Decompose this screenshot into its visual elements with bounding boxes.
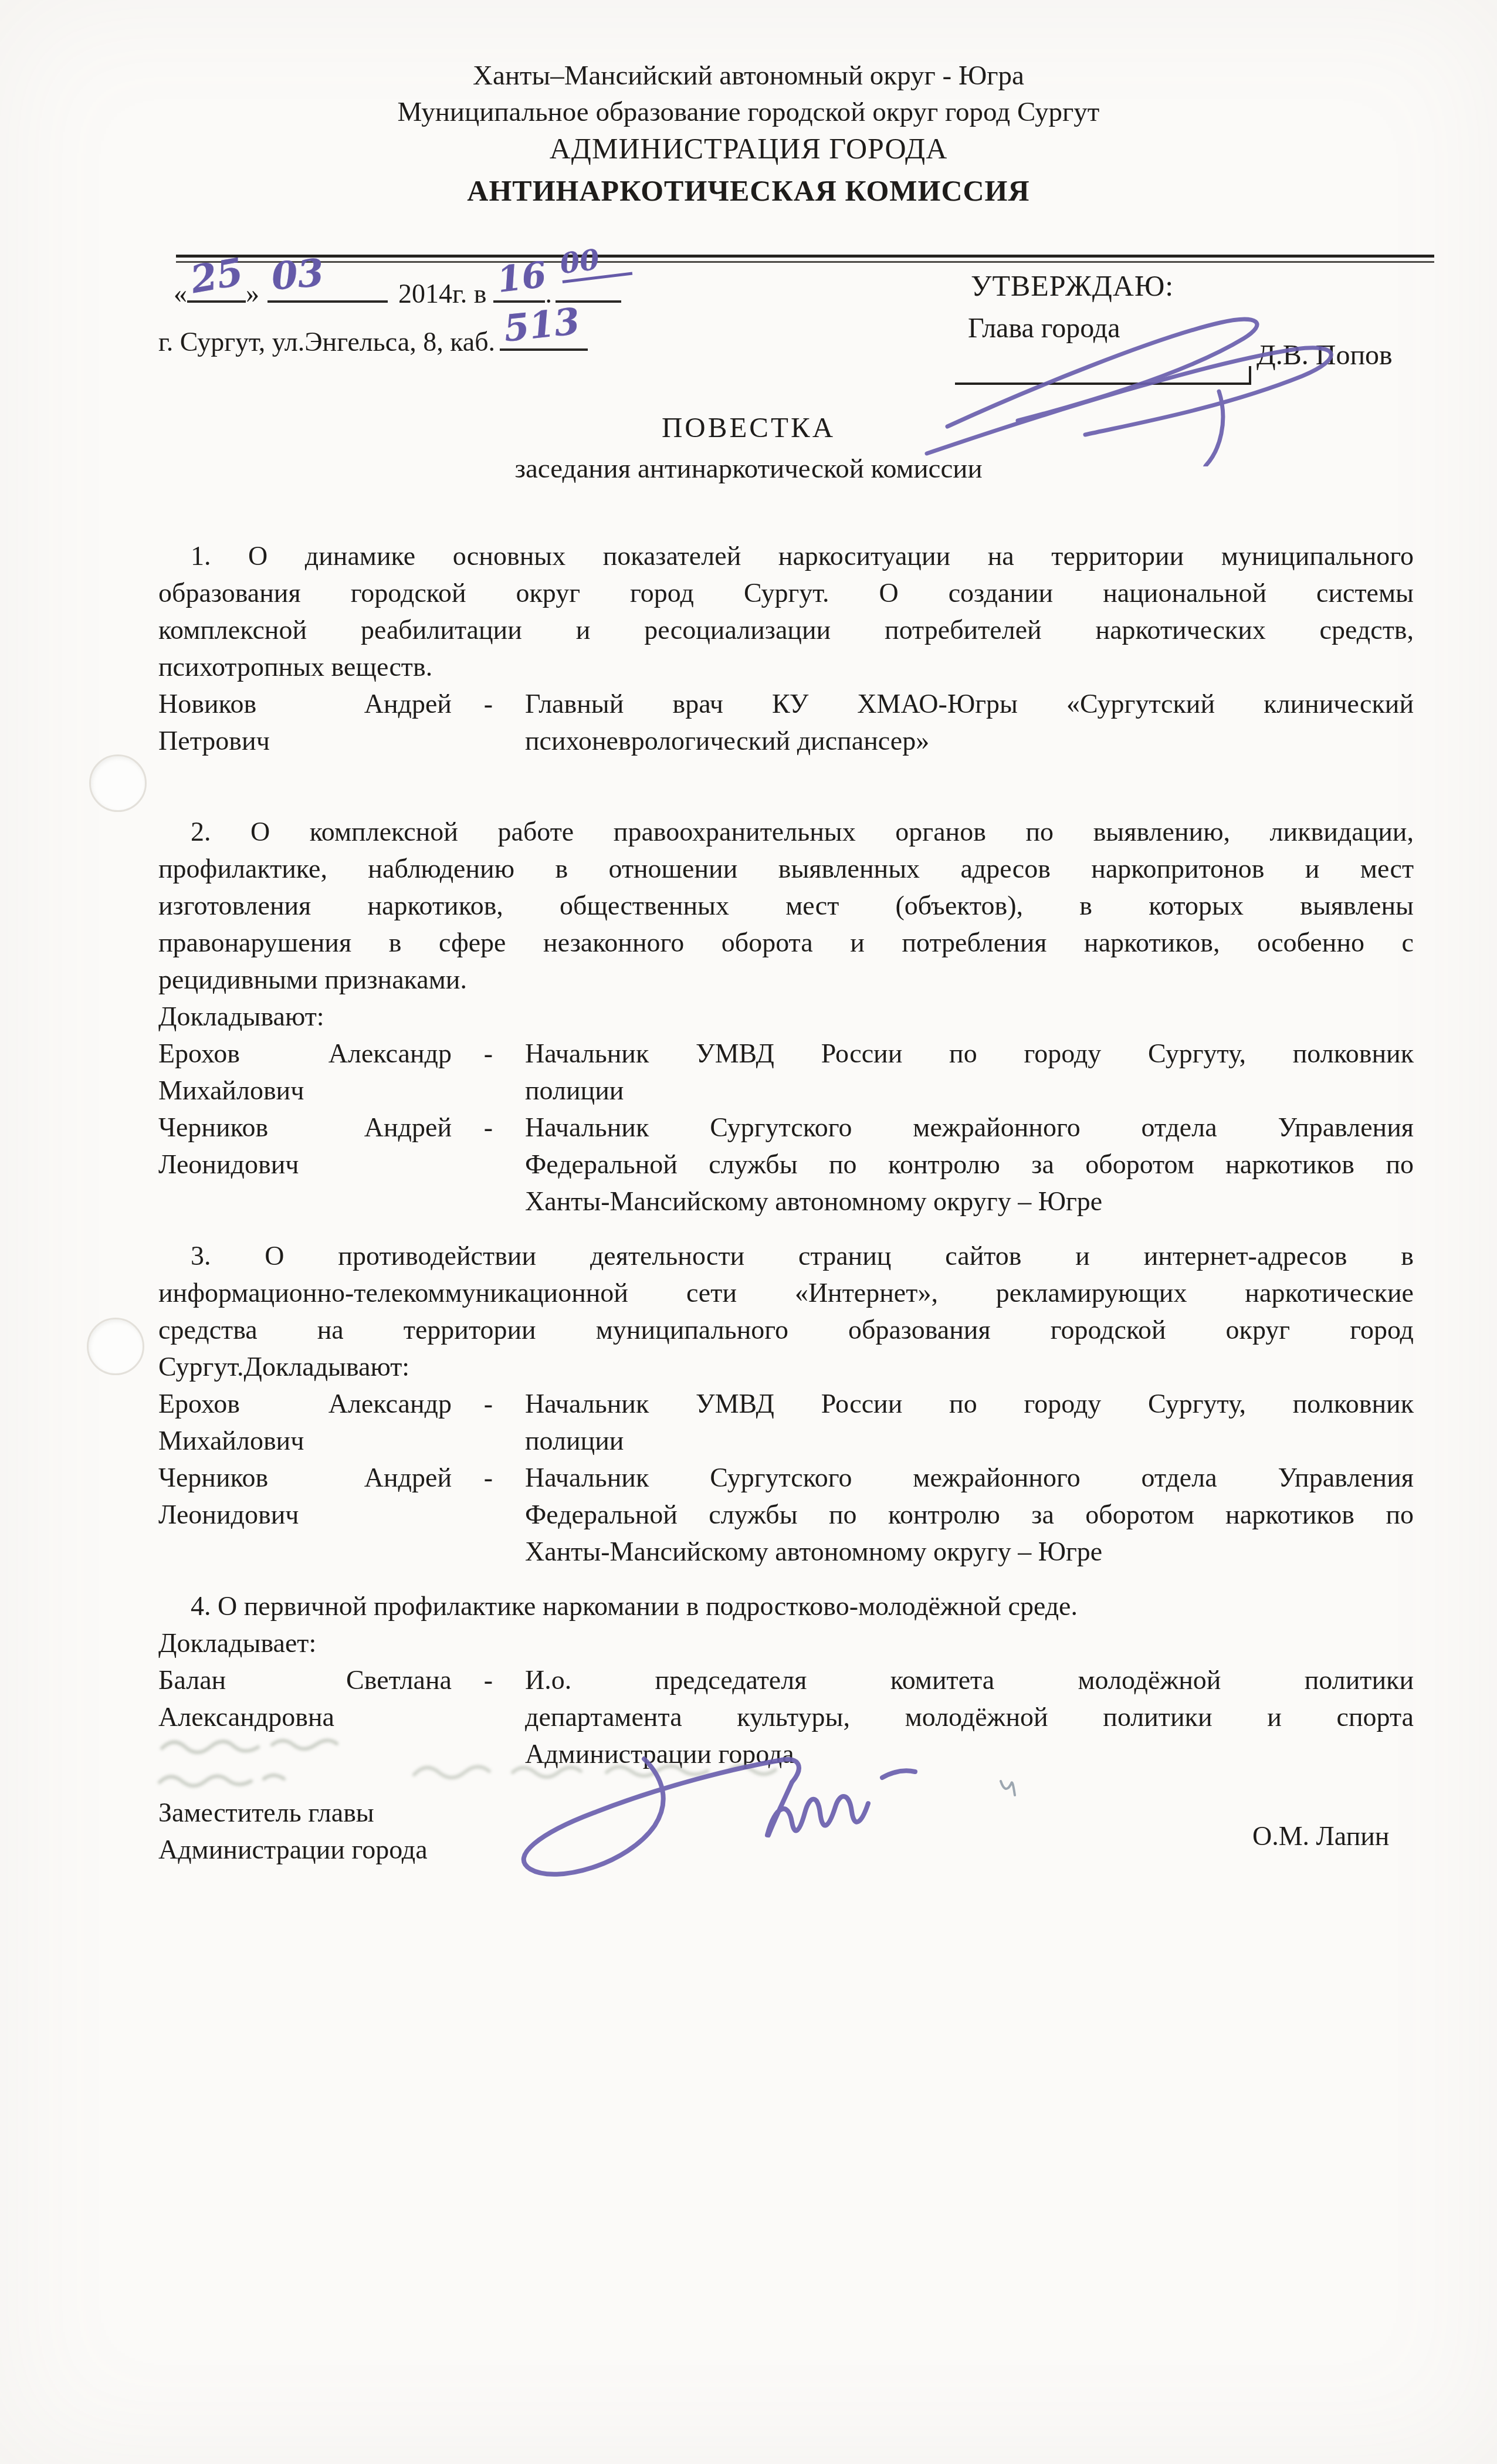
handwritten-minutes: 00	[558, 239, 633, 283]
quote-close: »	[246, 279, 259, 309]
bleed-through-mark-left	[157, 1732, 415, 1796]
address-text: г. Сургут, ул.Энгельса, 8, каб.	[158, 327, 495, 357]
speaker-dash: -	[452, 1035, 525, 1109]
paragraph-line: 4. О первичной профилактике наркомании в…	[158, 1588, 1414, 1624]
hole-punch-bottom	[87, 1318, 144, 1375]
document-subtitle: заседания антинаркотической комиссии	[0, 453, 1497, 485]
paragraph-line: профилактике, наблюдению в отношении выя…	[158, 850, 1414, 887]
paragraph-line: изготовления наркотиков, общественных ме…	[158, 887, 1414, 924]
approval-signature-line	[955, 383, 1251, 385]
hour-blank: 16	[493, 300, 545, 303]
paragraph-line: комплексной реабилитации и ресоциализаци…	[158, 611, 1414, 648]
speaker-row: Черников Андрей Леонидович - Начальник С…	[158, 1459, 1414, 1570]
approval-signature-line-tick	[1249, 366, 1251, 383]
speaker-role: Начальник УМВД России по городу Сургуту,…	[525, 1035, 1414, 1109]
scanned-agenda-document: Ханты–Мансийский автономный округ - Югра…	[0, 0, 1497, 2464]
speaker-row: Ерохов Александр Михайлович - Начальник …	[158, 1385, 1414, 1459]
handwritten-hour: 16	[495, 254, 548, 301]
stray-pen-mark	[997, 1778, 1018, 1807]
paragraph-line: Сургут.Докладывают:	[158, 1348, 1414, 1385]
speaker-name: Новиков Андрей Петрович	[158, 685, 452, 759]
bleed-through-mark-center	[411, 1751, 962, 1792]
quote-open: «	[174, 279, 187, 309]
month-blank: 03	[267, 300, 388, 303]
signoff-position: Заместитель главы Администрации города	[158, 1794, 428, 1868]
approval-name: Д.В. Попов	[1256, 339, 1393, 371]
speaker-row: Ерохов Александр Михайлович - Начальник …	[158, 1035, 1414, 1109]
speaker-name: Ерохов Александр Михайлович	[158, 1035, 452, 1109]
org-commission-line: АНТИНАРКОТИЧЕСКАЯ КОМИССИЯ	[0, 172, 1497, 209]
speakers-label: Докладывает:	[158, 1624, 1414, 1661]
paragraph-line: психотропных веществ.	[158, 648, 1414, 685]
speaker-dash: -	[452, 1459, 525, 1570]
approval-label: УТВЕРЖДАЮ:	[971, 269, 1174, 303]
speakers-label: Докладывают:	[158, 998, 1414, 1035]
org-administration-line: АДМИНИСТРАЦИЯ ГОРОДА	[0, 130, 1497, 167]
speaker-role: Начальник Сургутского межрайонного отдел…	[525, 1109, 1414, 1220]
letterhead: Ханты–Мансийский автономный округ - Югра…	[0, 57, 1497, 209]
approval-position: Глава города	[968, 312, 1120, 344]
speaker-name: Ерохов Александр Михайлович	[158, 1385, 452, 1459]
handwritten-room: 513	[502, 299, 582, 350]
agenda-body: 1. О динамике основных показателей нарко…	[158, 537, 1414, 1772]
handwritten-month: 03	[270, 251, 326, 299]
header-divider	[176, 255, 1434, 263]
speaker-dash: -	[452, 1109, 525, 1220]
agenda-item-1: 1. О динамике основных показателей нарко…	[158, 537, 1414, 759]
speaker-row: Новиков Андрей Петрович - Главный врач К…	[158, 685, 1414, 759]
speaker-name: Черников Андрей Леонидович	[158, 1459, 452, 1570]
hole-punch-top	[89, 754, 147, 812]
speaker-role: Начальник УМВД России по городу Сургуту,…	[525, 1385, 1414, 1459]
room-blank: 513	[500, 348, 588, 351]
speaker-row: Черников Андрей Леонидович - Начальник С…	[158, 1109, 1414, 1220]
year-and-preposition: 2014г. в	[398, 279, 486, 309]
agenda-item-2: 2. О комплексной работе правоохранительн…	[158, 813, 1414, 1220]
paragraph-line: 3. О противодействии деятельности страни…	[158, 1237, 1414, 1274]
day-blank: 25	[187, 300, 246, 303]
address-line: г. Сургут, ул.Энгельса, 8, каб.513	[158, 326, 588, 357]
org-municipality-line: Муниципальное образование городской окру…	[0, 94, 1497, 130]
paragraph-line: 1. О динамике основных показателей нарко…	[158, 537, 1414, 574]
agenda-item-3: 3. О противодействии деятельности страни…	[158, 1237, 1414, 1570]
speaker-dash: -	[452, 685, 525, 759]
paragraph-line: правонарушения в сфере незаконного оборо…	[158, 924, 1414, 961]
paragraph-line: 2. О комплексной работе правоохранительн…	[158, 813, 1414, 850]
speaker-dash: -	[452, 1385, 525, 1459]
handwritten-day: 25	[187, 250, 246, 302]
signoff-name: О.М. Лапин	[1252, 1820, 1389, 1852]
document-title: ПОВЕСТКА	[0, 411, 1497, 444]
paragraph-line: образования городской округ город Сургут…	[158, 574, 1414, 611]
org-region-line: Ханты–Мансийский автономный округ - Югра	[0, 57, 1497, 94]
speaker-role: Начальник Сургутского межрайонного отдел…	[525, 1459, 1414, 1570]
paragraph-line: информационно-телекоммуникационной сети …	[158, 1274, 1414, 1311]
paragraph-line: средства на территории муниципального об…	[158, 1311, 1414, 1348]
speaker-name: Черников Андрей Леонидович	[158, 1109, 452, 1220]
speaker-role: Главный врач КУ ХМАО-Югры «Сургутский кл…	[525, 685, 1414, 759]
paragraph-line: рецидивными признаками.	[158, 961, 1414, 998]
